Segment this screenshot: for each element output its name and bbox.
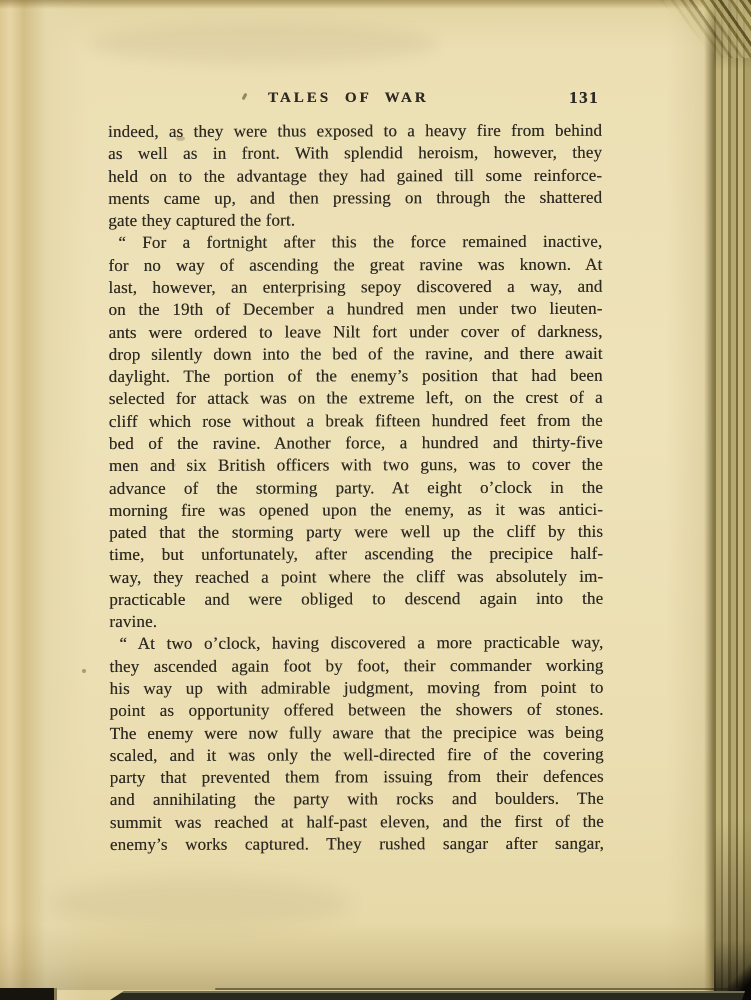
text-line: bed of the ravine. Another force, a hund…	[109, 432, 603, 456]
text-line: cliff which rose without a break fifteen…	[109, 409, 603, 433]
paragraph: “ For a fortnight after this the force r…	[108, 231, 603, 633]
text-line: held on to the advantage they had gained…	[108, 164, 602, 188]
text-line: point as opportunity offered between the…	[110, 699, 604, 723]
body-text: indeed, as they were thus exposed to a h…	[108, 120, 604, 857]
text-line: last, however, an enterprising sepoy dis…	[108, 276, 602, 300]
text-line: daylight. The portion of the enemy’s pos…	[109, 365, 603, 389]
text-line: on the 19th of December a hundred men un…	[108, 298, 602, 322]
text-line: gate they captured the fort.	[108, 209, 602, 233]
text-line: enemy’s works captured. They rushed sang…	[110, 833, 604, 857]
paragraph: “ At two o’clock, having discovered a mo…	[109, 632, 604, 856]
text-line: party that prevented them from issuing f…	[110, 766, 604, 790]
text-line: practicable and were obliged to descend …	[109, 588, 603, 612]
text-line: way, they reached a point where the clif…	[109, 565, 603, 589]
text-line: for no way of ascending the great ravine…	[108, 253, 602, 277]
text-line: selected for attack was on the extreme l…	[109, 387, 603, 411]
text-line: ravine.	[109, 610, 603, 634]
text-line: indeed, as they were thus exposed to a h…	[108, 120, 602, 144]
text-line: ants were ordered to leave Nilt fort und…	[109, 320, 603, 344]
text-line: ments came up, and then pressing on thro…	[108, 187, 602, 211]
text-line: “ At two o’clock, having discovered a mo…	[109, 632, 603, 656]
text-line: scaled, and it was only the well-directe…	[110, 744, 604, 768]
text-line: advance of the storming party. At eight …	[109, 476, 603, 500]
text-line: his way up with admirable judgment, movi…	[109, 677, 603, 701]
paragraph: indeed, as they were thus exposed to a h…	[108, 120, 602, 233]
scanned-book-page: TALES OF WAR 131 indeed, as they were th…	[0, 0, 751, 1000]
page-title: TALES OF WAR	[268, 90, 429, 107]
text-line: men and six British officers with two gu…	[109, 454, 603, 478]
text-line: they ascended again foot by foot, their …	[109, 654, 603, 678]
running-header: TALES OF WAR 131	[0, 90, 751, 110]
printed-page-content: TALES OF WAR 131 indeed, as they were th…	[0, 0, 751, 1000]
text-line: pated that the storming party were well …	[109, 521, 603, 545]
text-line: as well as in front. With splendid heroi…	[108, 142, 602, 166]
text-line: drop silently down into the bed of the r…	[109, 343, 603, 367]
text-line: summit was reached at half-past eleven, …	[110, 810, 604, 834]
page-number: 131	[569, 88, 599, 108]
text-line: The enemy were now fully aware that the …	[110, 721, 604, 745]
text-line: and annihilating the party with rocks an…	[110, 788, 604, 812]
text-line: time, but unfortunately, after ascending…	[109, 543, 603, 567]
text-line: “ For a fortnight after this the force r…	[108, 231, 602, 255]
text-line: morning fire was opened upon the enemy, …	[109, 498, 603, 522]
